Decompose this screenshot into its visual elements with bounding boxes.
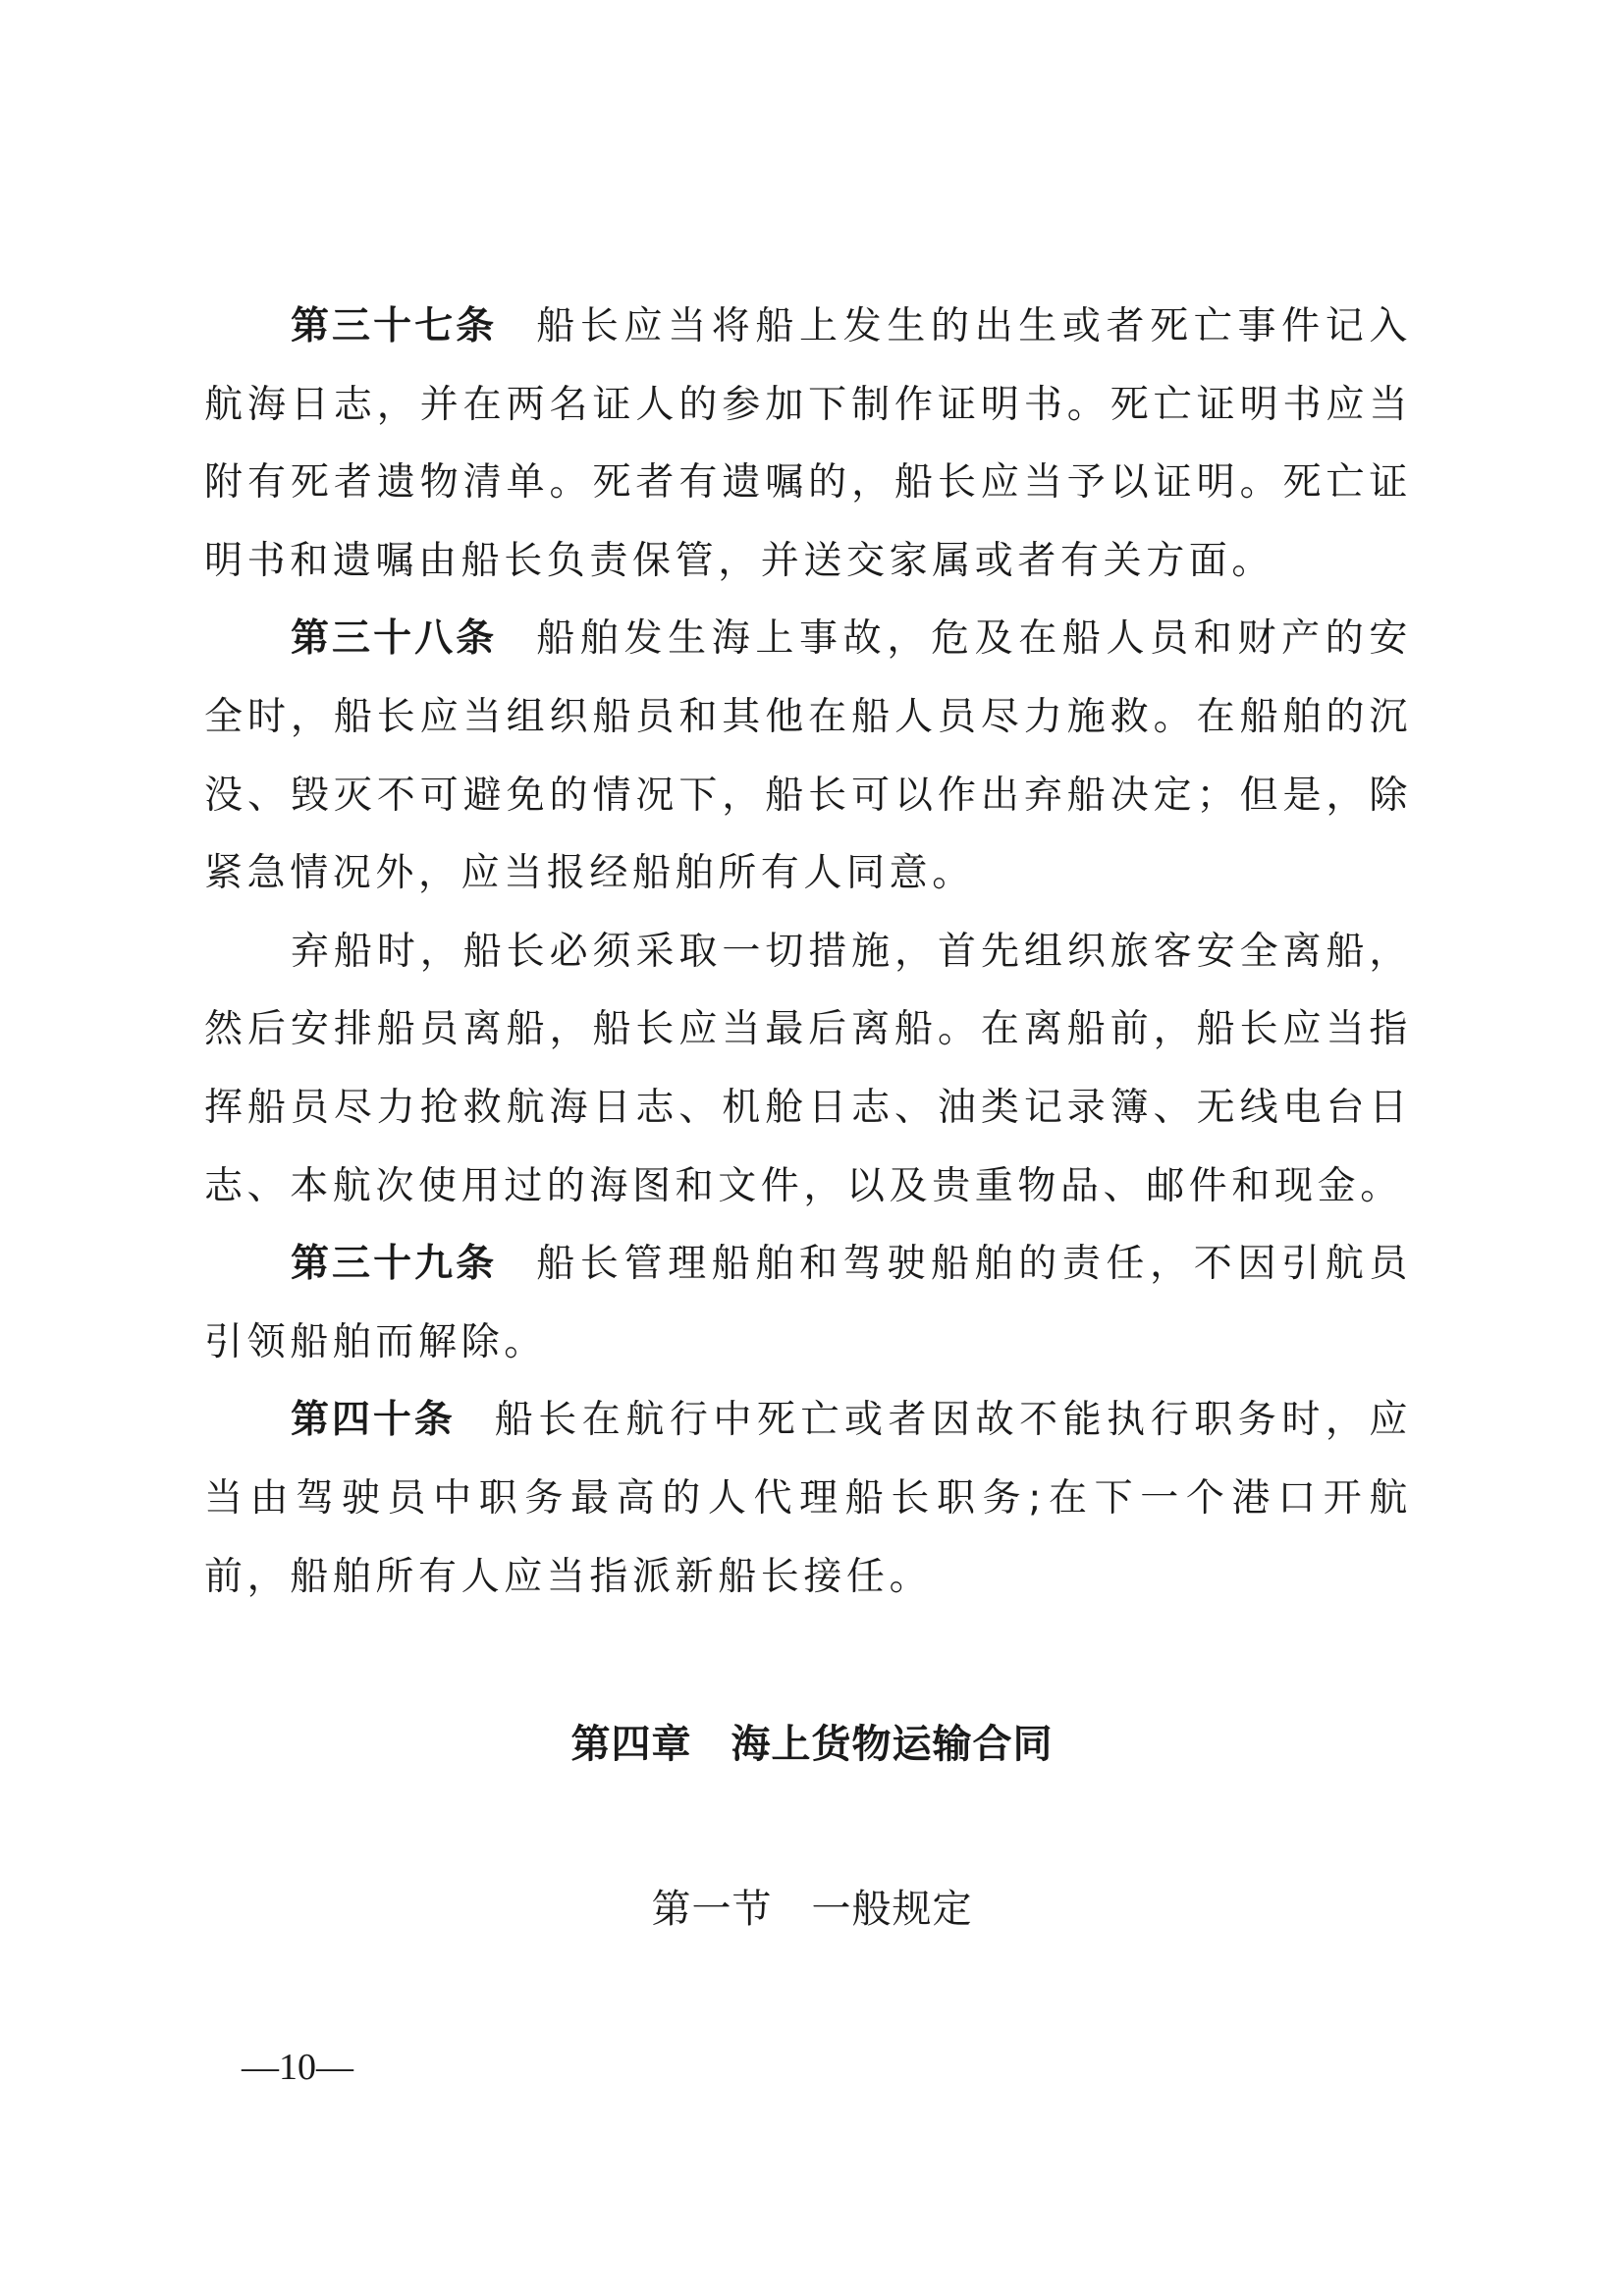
article-label: 第三十七条 [291, 304, 497, 348]
article-38: 第三十八条船舶发生海上事故，危及在船人员和财产的安全时，船长应当组织船员和其他在… [204, 600, 1412, 912]
article-40: 第四十条船长在航行中死亡或者因故不能执行职务时，应当由驾驶员中职务最高的人代理船… [204, 1381, 1412, 1616]
chapter-number: 第四章 [571, 1722, 692, 1767]
article-38-paragraph-2: 弃船时，船长必须采取一切措施，首先组织旅客安全离船，然后安排船员离船，船长应当最… [204, 913, 1412, 1225]
section-heading: 第一节一般规定 [0, 1878, 1624, 1934]
section-title: 一般规定 [812, 1887, 973, 1932]
chapter-heading: 第四章海上货物运输合同 [0, 1713, 1624, 1769]
article-39: 第三十九条船长管理船舶和驾驶船舶的责任，不因引航员引领船舶而解除。 [204, 1225, 1412, 1381]
article-label: 第四十条 [291, 1398, 456, 1442]
chapter-title: 海上货物运输合同 [731, 1722, 1054, 1767]
article-label: 第三十九条 [291, 1242, 497, 1286]
section-number: 第一节 [652, 1887, 773, 1932]
article-label: 第三十八条 [291, 616, 497, 661]
article-text: 弃船时，船长必须采取一切措施，首先组织旅客安全离船，然后安排船员离船，船长应当最… [204, 930, 1412, 1208]
article-37: 第三十七条船长应当将船上发生的出生或者死亡事件记入航海日志，并在两名证人的参加下… [204, 288, 1412, 600]
document-page: 第三十七条船长应当将船上发生的出生或者死亡事件记入航海日志，并在两名证人的参加下… [0, 0, 1624, 2296]
page-number: —10— [242, 2046, 353, 2089]
article-body: 第三十七条船长应当将船上发生的出生或者死亡事件记入航海日志，并在两名证人的参加下… [204, 288, 1412, 1616]
